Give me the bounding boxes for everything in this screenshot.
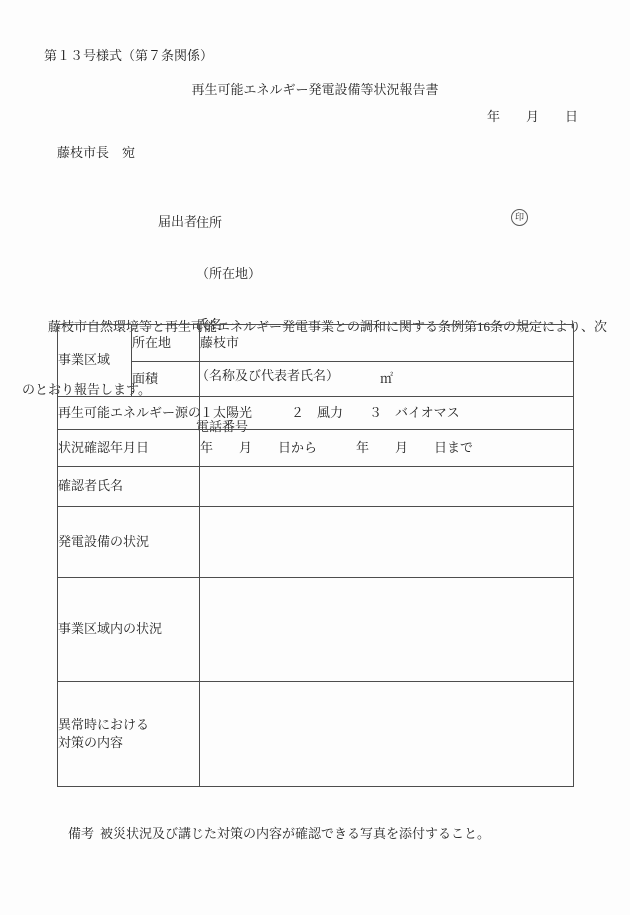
- confirmer-name-label: 確認者氏名: [58, 467, 200, 507]
- area-value: ㎡: [200, 362, 574, 397]
- seal-mark-icon: 印: [511, 209, 528, 226]
- confirm-date-label: 状況確認年月日: [58, 430, 200, 467]
- addressee: 藤枝市長 宛: [57, 145, 135, 161]
- table-row-area: 面積 ㎡: [58, 362, 574, 397]
- emergency-measures-label-text: 異常時における 対策の内容: [58, 716, 199, 752]
- emergency-measures-value: [200, 682, 574, 787]
- table-row-site-status: 事業区域内の状況: [58, 578, 574, 682]
- confirm-date-value: 年 月 日から 年 月 日まで: [200, 430, 574, 467]
- page-title: 再生可能エネルギー発電設備等状況報告書: [0, 82, 630, 98]
- report-table: 事業区域 所在地 藤枝市 面積 ㎡ 再生可能エネルギー源の種別 １太陽光 ２ 風…: [57, 324, 574, 787]
- facility-status-value: [200, 507, 574, 578]
- table-row-confirm-date: 状況確認年月日 年 月 日から 年 月 日まで: [58, 430, 574, 467]
- location-label: 所在地: [132, 325, 200, 362]
- business-area-label: 事業区域: [58, 325, 132, 397]
- date-line: 年 月 日: [487, 109, 578, 125]
- facility-status-label: 発電設備の状況: [58, 507, 200, 578]
- remarks-text: 被災状況及び講じた対策の内容が確認できる写真を添付すること。: [100, 826, 490, 841]
- table-row-emergency-measures: 異常時における 対策の内容: [58, 682, 574, 787]
- area-label: 面積: [132, 362, 200, 397]
- table-row-location: 事業区域 所在地 藤枝市: [58, 325, 574, 362]
- confirmer-name-value: [200, 467, 574, 507]
- report-form-page: 第１３号様式（第７条関係） 再生可能エネルギー発電設備等状況報告書 年 月 日 …: [0, 0, 630, 915]
- emergency-measures-label: 異常時における 対策の内容: [58, 682, 200, 787]
- site-status-label: 事業区域内の状況: [58, 578, 200, 682]
- seal-mark-character: 印: [515, 213, 524, 222]
- applicant-role-label: 届出者: [158, 214, 197, 230]
- table-row-facility-status: 発電設備の状況: [58, 507, 574, 578]
- applicant-address-label: 住所: [196, 214, 339, 231]
- remarks-note: 備考被災状況及び講じた対策の内容が確認できる写真を添付すること。: [55, 810, 490, 859]
- form-number: 第１３号様式（第７条関係）: [44, 48, 213, 64]
- table-row-energy-type: 再生可能エネルギー源の種別 １太陽光 ２ 風力 ３ バイオマス: [58, 397, 574, 430]
- table-row-confirmer: 確認者氏名: [58, 467, 574, 507]
- energy-type-value: １太陽光 ２ 風力 ３ バイオマス: [200, 397, 574, 430]
- energy-type-label: 再生可能エネルギー源の種別: [58, 397, 200, 430]
- location-value: 藤枝市: [200, 325, 574, 362]
- site-status-value: [200, 578, 574, 682]
- remarks-label: 備考: [68, 826, 94, 841]
